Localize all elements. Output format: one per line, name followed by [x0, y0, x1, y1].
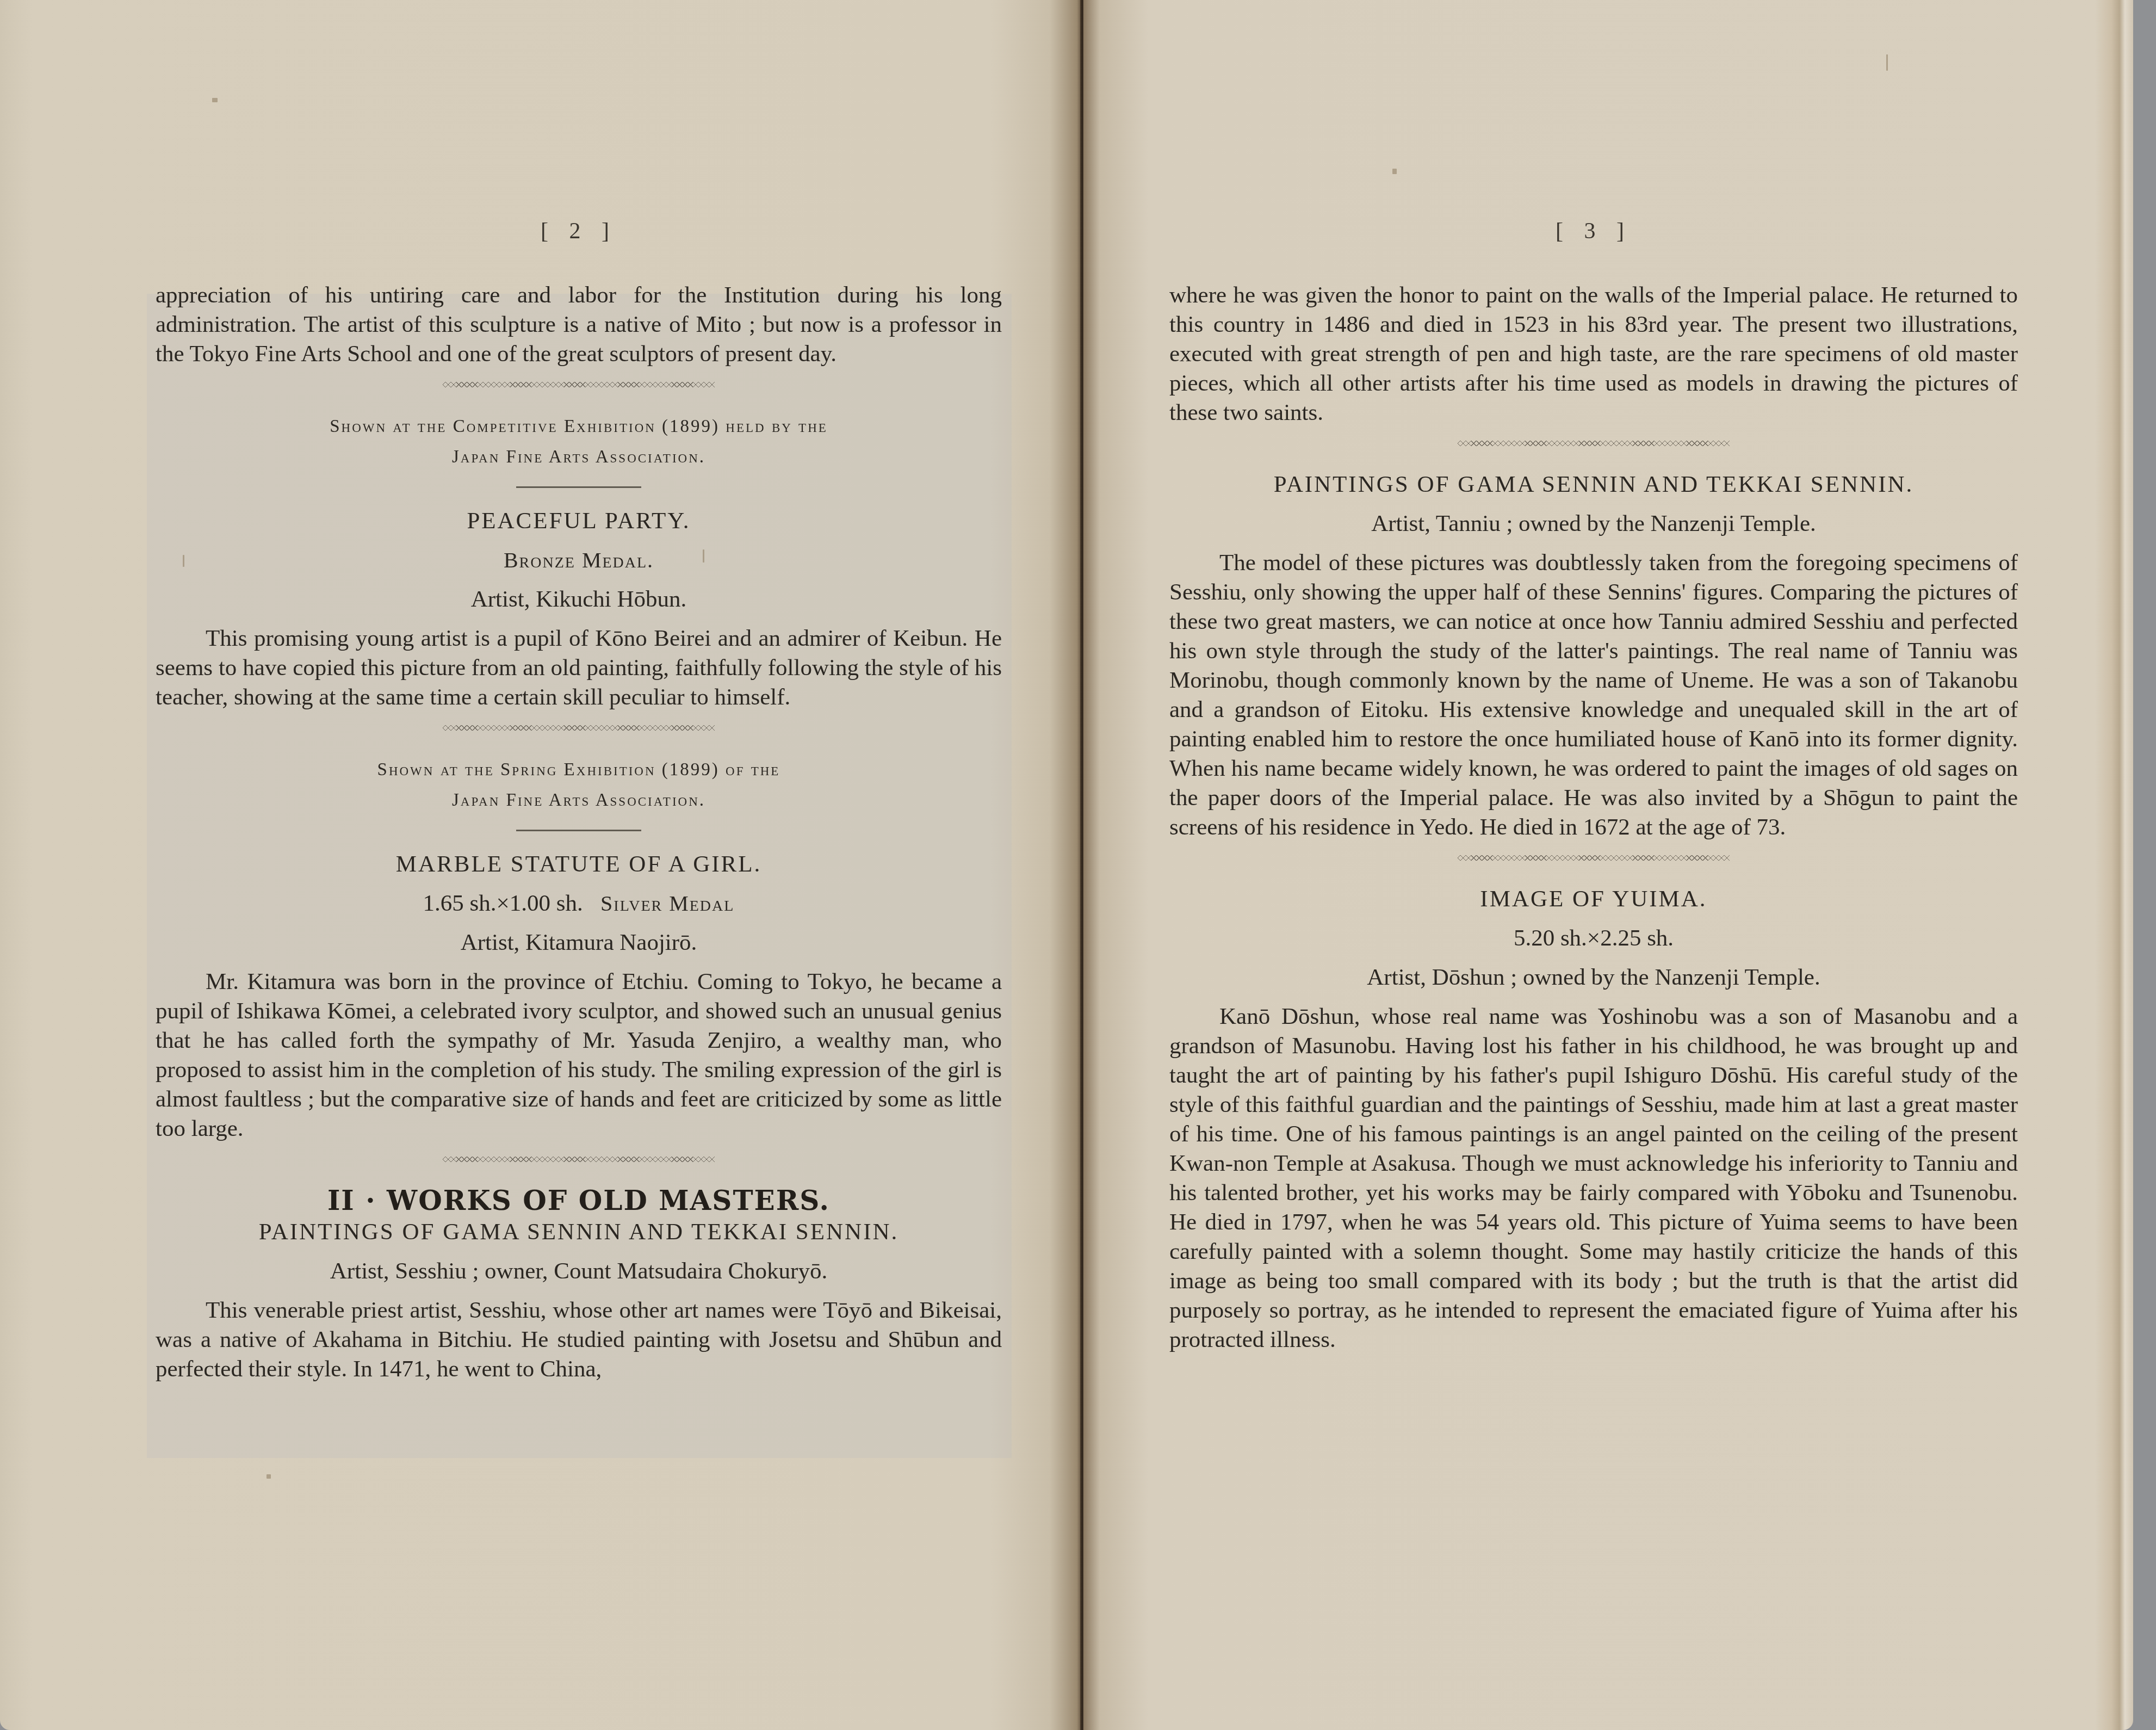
paper-fleck — [212, 98, 218, 102]
work-title: IMAGE OF YUIMA. — [1169, 885, 2018, 914]
award: Bronze Medal. — [156, 546, 1002, 575]
short-rule — [516, 830, 641, 831]
wavy-divider — [443, 725, 715, 731]
award: Silver Medal — [600, 891, 734, 916]
exhibition-caption: Japan Fine Arts Association. — [156, 785, 1002, 815]
wavy-divider — [1458, 441, 1730, 446]
work-title: MARBLE STATUTE OF A GIRL. — [156, 850, 1002, 879]
description-paragraph: Mr. Kitamura was born in the province of… — [156, 967, 1002, 1144]
artist-line: Artist, Tanniu ; owned by the Nanzenji T… — [1169, 509, 2018, 539]
paper-fleck — [267, 1474, 271, 1479]
continued-paragraph: appreciation of his untiring care and la… — [156, 281, 1002, 369]
work-title: PEACEFUL PARTY. — [156, 506, 1002, 536]
exhibition-caption: Japan Fine Arts Association. — [156, 442, 1002, 472]
work-title: PAINTINGS OF GAMA SENNIN AND TEKKAI SENN… — [1169, 470, 2018, 499]
page-number: [ 2 ] — [156, 217, 1002, 246]
description-paragraph: Kanō Dōshun, whose real name was Yoshino… — [1169, 1002, 2018, 1355]
left-text-block: [ 2 ] appreciation of his untiring care … — [156, 217, 1002, 1384]
page-number: [ 3 ] — [1169, 217, 2018, 246]
wavy-divider — [443, 1157, 715, 1162]
artist-line: Artist, Sesshiu ; owner, Count Matsudair… — [156, 1257, 1002, 1286]
artist-line: Artist, Kikuchi Hōbun. — [156, 585, 1002, 614]
work-title: PAINTINGS OF GAMA SENNIN AND TEKKAI SENN… — [156, 1218, 1002, 1247]
book-spread: [ 2 ] appreciation of his untiring care … — [0, 0, 2156, 1730]
description-paragraph: This venerable priest artist, Sesshiu, w… — [156, 1296, 1002, 1384]
paper-fleck — [1392, 169, 1397, 174]
right-text-block: [ 3 ] where he was given the honor to pa… — [1169, 217, 2018, 1355]
section-heading: II · WORKS OF OLD MASTERS. — [156, 1186, 1002, 1215]
short-rule — [516, 486, 641, 488]
right-page: [ 3 ] where he was given the honor to pa… — [1083, 0, 2133, 1730]
description-paragraph: This promising young artist is a pupil o… — [156, 624, 1002, 712]
paper-fleck — [183, 555, 184, 567]
description-paragraph: The model of these pictures was doubtles… — [1169, 548, 2018, 842]
dimensions-award-line: 1.65 sh.×1.00 sh. Silver Medal — [156, 889, 1002, 918]
artist-line: Artist, Dōshun ; owned by the Nanzenji T… — [1169, 963, 2018, 992]
continued-paragraph: where he was given the honor to paint on… — [1169, 281, 2018, 428]
dimensions: 5.20 sh.×2.25 sh. — [1169, 924, 2018, 953]
paper-fleck — [703, 549, 704, 563]
wavy-divider — [1458, 855, 1730, 861]
wavy-divider — [443, 382, 715, 387]
left-page: [ 2 ] appreciation of his untiring care … — [0, 0, 1082, 1730]
paper-fleck — [1886, 54, 1888, 71]
exhibition-caption: Shown at the Spring Exhibition (1899) of… — [156, 755, 1002, 785]
artist-line: Artist, Kitamura Naojirō. — [156, 928, 1002, 957]
exhibition-caption: Shown at the Competitive Exhibition (189… — [156, 411, 1002, 442]
dimensions: 1.65 sh.×1.00 sh. — [423, 891, 583, 916]
